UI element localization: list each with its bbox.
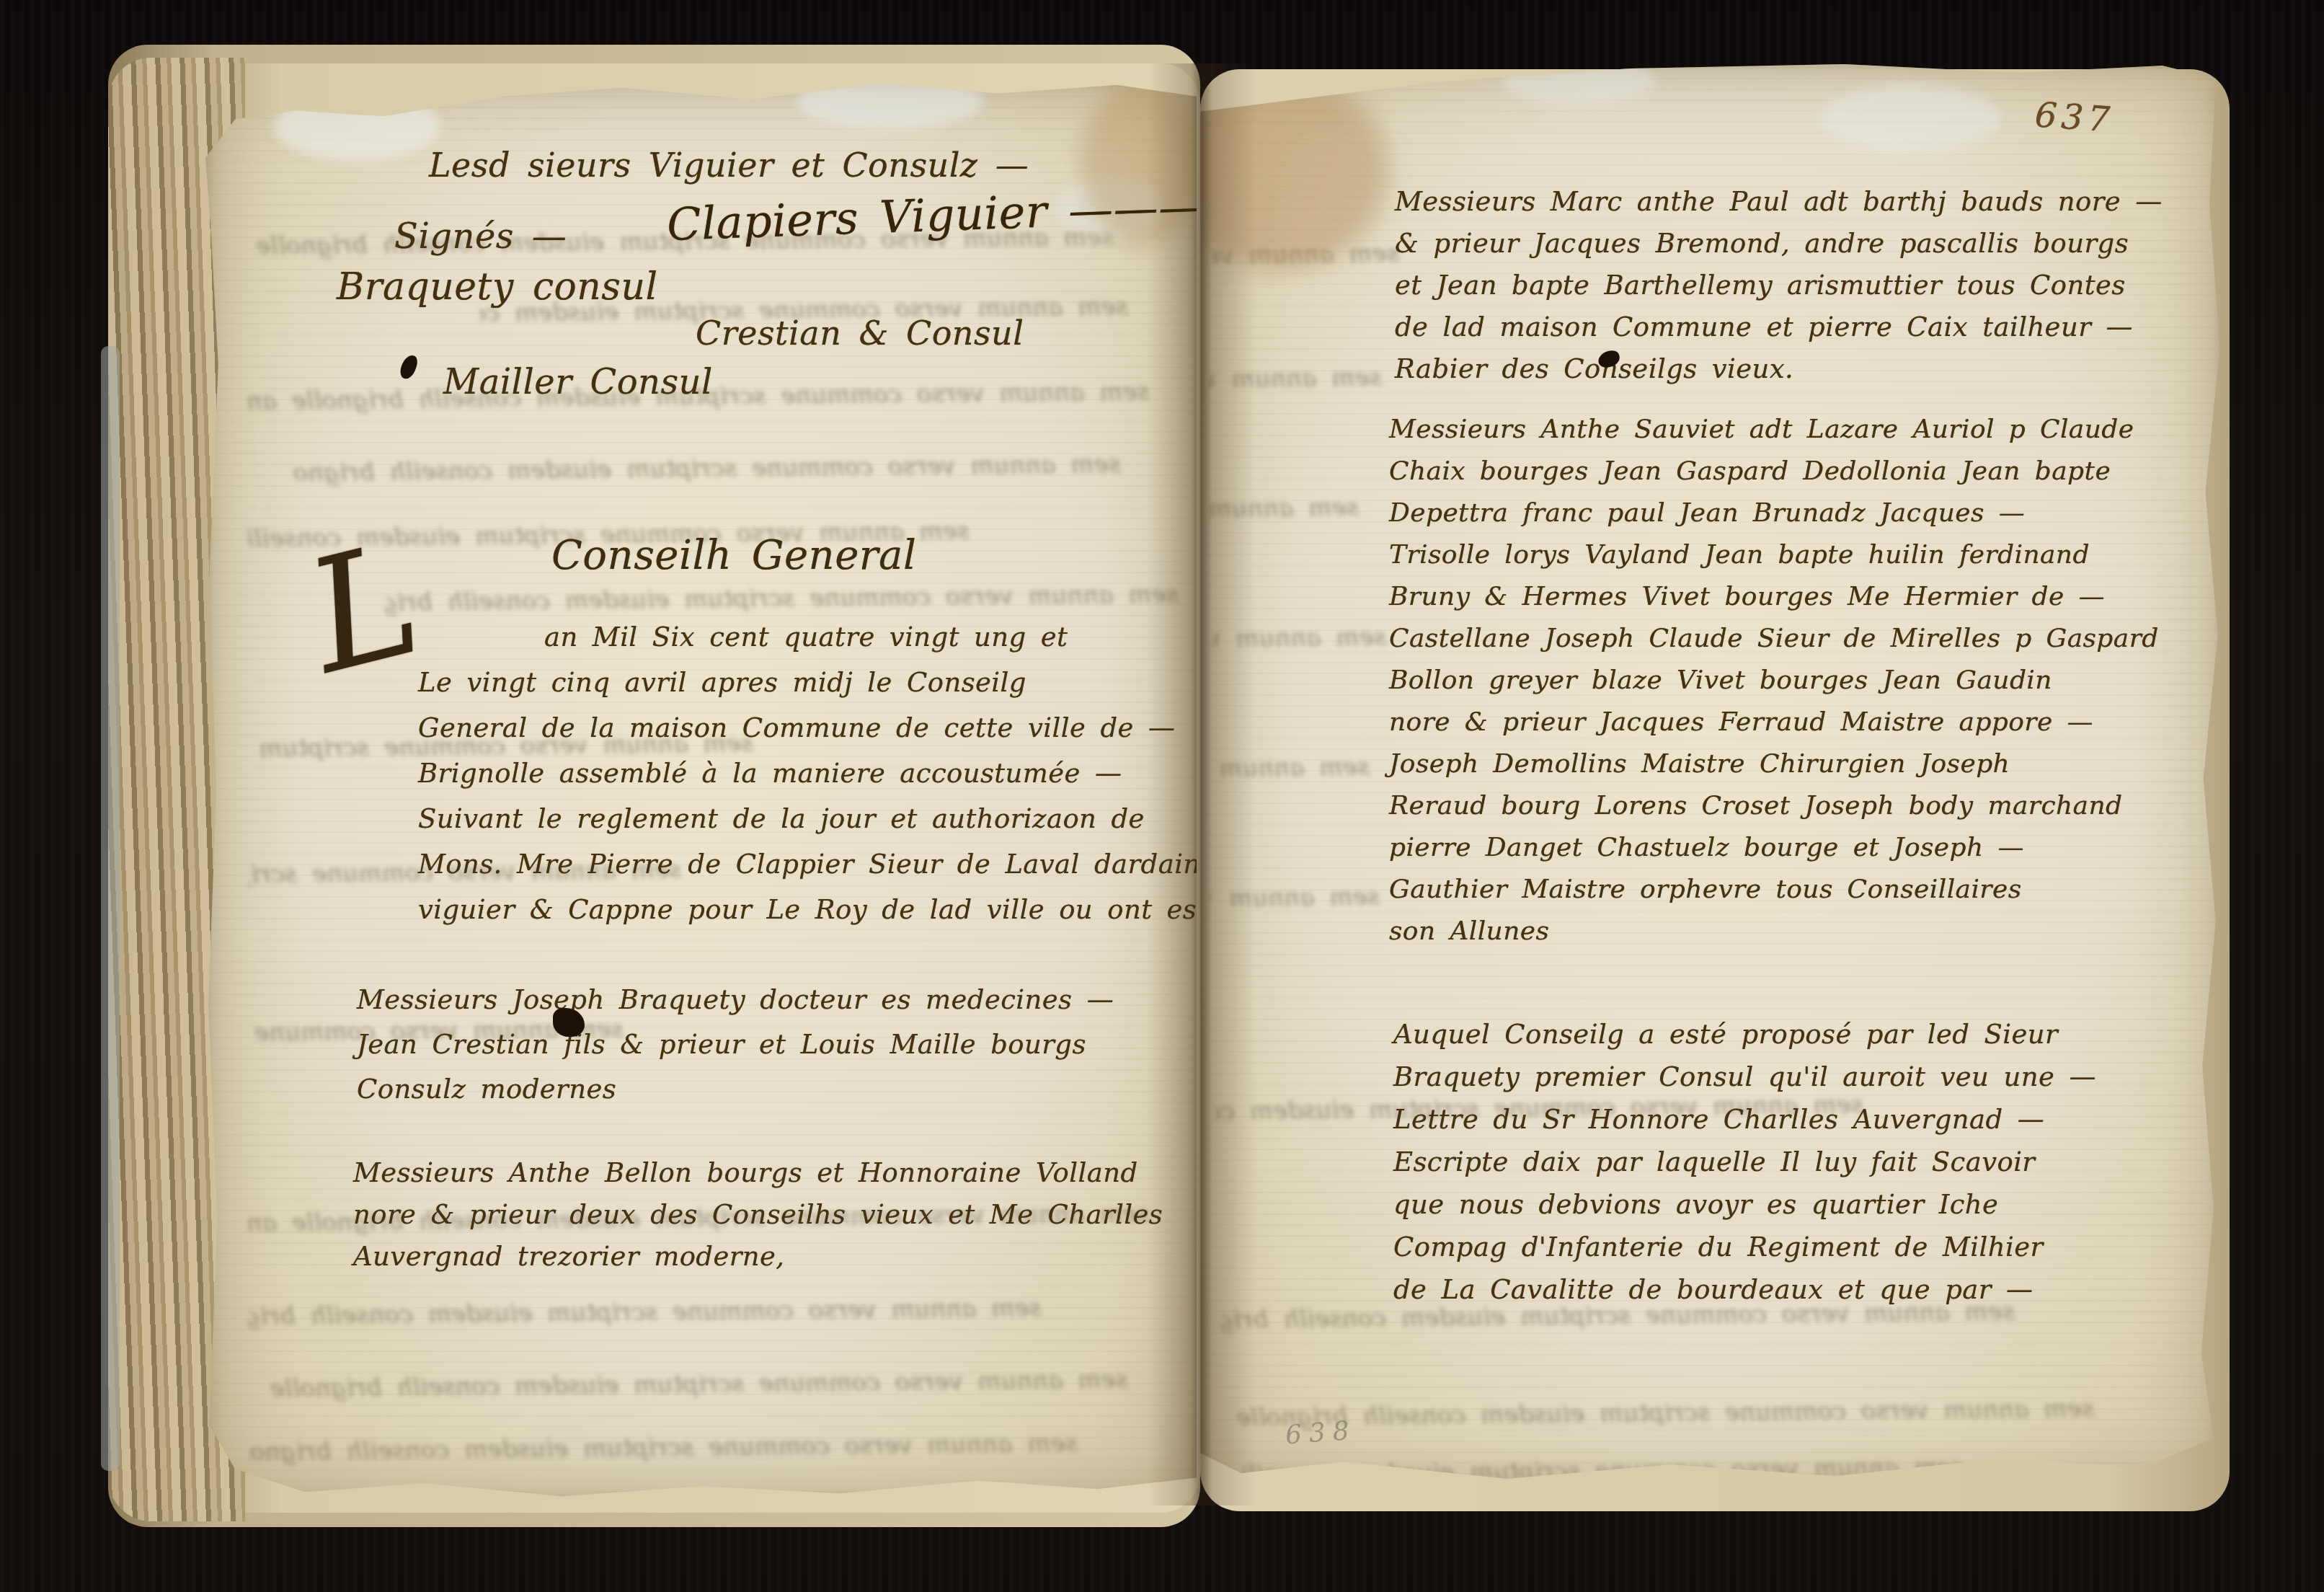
manuscript-line: Braquety premier Consul qu'il auroit veu…: [1393, 1056, 2096, 1098]
right-paragraph-accountants: Messieurs Marc anthe Paul adt barthj bau…: [1395, 181, 2163, 390]
drop-cap-initial: L: [292, 508, 435, 708]
manuscript-line: pierre Danget Chastuelz bourge et Joseph…: [1389, 827, 2159, 869]
section-heading: Conseilh General: [551, 532, 916, 579]
manuscript-line: Gauthier Maistre orphevre tous Conseilla…: [1389, 869, 2159, 911]
manuscript-line: Reraud bourg Lorens Croset Joseph body m…: [1389, 785, 2159, 827]
manuscript-line: Messieurs Marc anthe Paul adt barthj bau…: [1395, 181, 2163, 223]
bleedthrough-line: sem annum verso commune scriptum eiusdem…: [1207, 493, 1359, 523]
manuscript-line: Escripte daix par laquelle Il luy fait S…: [1393, 1141, 2096, 1183]
manuscript-line: Messieurs Anthe Sauviet adt Lazare Aurio…: [1389, 409, 2159, 451]
attribution-line: Lesd sieurs Viguier et Consulz —: [429, 146, 1029, 185]
manuscript-line: Depettra franc paul Jean Brunadz Jacques…: [1389, 492, 2159, 534]
left-paragraph-consuls: Messieurs Joseph Braquety docteur es med…: [357, 978, 1114, 1112]
bleedthrough-line: sem annum verso commune scriptum eiusdem…: [292, 450, 1121, 487]
manuscript-line: General de la maison Commune de cette vi…: [418, 705, 1309, 751]
bleedthrough-line: sem annum verso commune scriptum eiusdem…: [1213, 623, 1386, 654]
manuscript-line: Auquel Conseilg a esté proposé par led S…: [1393, 1013, 2096, 1056]
manuscript-line: Brignolle assemblé à la maniere accoustu…: [418, 751, 1309, 796]
left-paragraph-proceedings: an Mil Six cent quatre vingt ung et Le v…: [418, 614, 1309, 932]
manuscript-line: Trisolle lorys Vayland Jean bapte huilin…: [1389, 534, 2159, 576]
bleedthrough-line: sem annum verso commune scriptum eiusdem…: [386, 580, 1179, 617]
bleedthrough-line: sem annum verso commune scriptum eiusdem…: [1207, 753, 1370, 783]
manuscript-line: de La Cavalitte de bourdeaux et que par …: [1393, 1268, 2096, 1311]
bleedthrough-line: sem annum verso commune scriptum eiusdem…: [263, 1366, 1128, 1404]
right-page: sem annum verso commune scriptum eiusdem…: [1200, 61, 2224, 1496]
consul-signature-viguier: Clapiers Viguier ———: [666, 180, 1205, 251]
manuscript-line: Chaix bourges Jean Gaspard Dedollonia Je…: [1389, 451, 2159, 492]
manuscript-line: Bollon greyer blaze Vivet bourges Jean G…: [1389, 660, 2159, 702]
manuscript-line: Messieurs Anthe Bellon bourgs et Honnora…: [353, 1152, 1163, 1194]
left-paragraph-old-council: Messieurs Anthe Bellon bourgs et Honnora…: [353, 1152, 1163, 1278]
manuscript-line: Le vingt cinq avril apres midj le Consei…: [418, 660, 1309, 705]
paper-repair-patch: [1820, 84, 2000, 153]
bleedthrough-line: sem annum verso commune scriptum eiusdem…: [249, 1293, 1042, 1331]
page-number-637: 637: [2033, 94, 2115, 141]
manuscript-line: an Mil Six cent quatre vingt ung et: [544, 614, 1309, 660]
manuscript-line: nore & prieur deux des Conseilhs vieux e…: [353, 1194, 1163, 1236]
manuscript-line: Jean Crestian fils & prieur et Louis Mai…: [357, 1022, 1114, 1067]
manuscript-line: viguier & Cappne pour Le Roy de lad vill…: [418, 887, 1309, 932]
manuscript-line: Castellane Joseph Claude Sieur de Mirell…: [1389, 618, 2159, 660]
manuscript-line: Suivant le reglement de la jour et autho…: [418, 796, 1309, 841]
ink-blot: [398, 353, 420, 381]
photo-stage: sem annum verso commune scriptum eiusdem…: [0, 0, 2324, 1592]
manuscript-line: Joseph Demollins Maistre Chirurgien Jose…: [1389, 743, 2159, 785]
manuscript-line: et Jean bapte Barthellemy arismuttier to…: [1395, 265, 2163, 306]
paper-repair-patch: [1503, 56, 1654, 106]
right-paragraph-proposal: Auquel Conseilg a esté proposé par led S…: [1393, 1013, 2096, 1311]
manuscript-line: Rabier des Conseilgs vieux.: [1395, 348, 2163, 390]
manuscript-line: Mons. Mre Pierre de Clappier Sieur de La…: [418, 841, 1309, 887]
bleedthrough-line: sem annum verso commune scriptum eiusdem…: [1210, 883, 1380, 913]
manuscript-line: que nous debvions avoyr es quartier Iche: [1393, 1183, 2096, 1226]
bleedthrough-line: sem annum verso commune scriptum eiusdem…: [1212, 239, 1399, 270]
signed-label: Signés —: [394, 216, 567, 257]
manuscript-line: Bruny & Hermes Vivet bourges Me Hermier …: [1389, 576, 2159, 618]
manuscript-line: Compag d'Infanterie du Regiment de Milhi…: [1393, 1226, 2096, 1268]
bleedthrough-line: sem annum verso commune scriptum eiusdem…: [1209, 363, 1382, 394]
manuscript-line: nore & prieur Jacques Ferraud Maistre ap…: [1389, 702, 2159, 743]
manuscript-line: Auvergnad trezorier moderne,: [353, 1236, 1163, 1278]
manuscript-line: Lettre du Sr Honnore Charlles Auvergnad …: [1393, 1098, 2096, 1141]
manuscript-line: de lad maison Commune et pierre Caix tai…: [1395, 306, 2163, 348]
consul-signature-braquety: Braquety consul: [337, 265, 658, 309]
manuscript-line: son Allunes: [1389, 911, 2159, 952]
manuscript-line: Consulz modernes: [357, 1067, 1114, 1112]
consul-signature-mailler: Mailler Consul: [443, 362, 713, 402]
consul-signature-crestian: Crestian & Consul: [696, 314, 1024, 353]
bleedthrough-line: sem annum verso commune scriptum eiusdem…: [249, 1429, 1078, 1467]
right-paragraph-councillors: Messieurs Anthe Sauviet adt Lazare Aurio…: [1389, 409, 2159, 952]
cover-board-sliver: [101, 346, 120, 1471]
manuscript-line: Messieurs Joseph Braquety docteur es med…: [357, 978, 1114, 1022]
manuscript-line: & prieur Jacques Bremond, andre pascalli…: [1395, 223, 2163, 265]
left-page: sem annum verso commune scriptum eiusdem…: [205, 79, 1197, 1503]
bleedthrough-line: sem annum verso commune scriptum eiusdem…: [1229, 1394, 2094, 1433]
pencil-folio-638: 638: [1285, 1416, 1357, 1451]
